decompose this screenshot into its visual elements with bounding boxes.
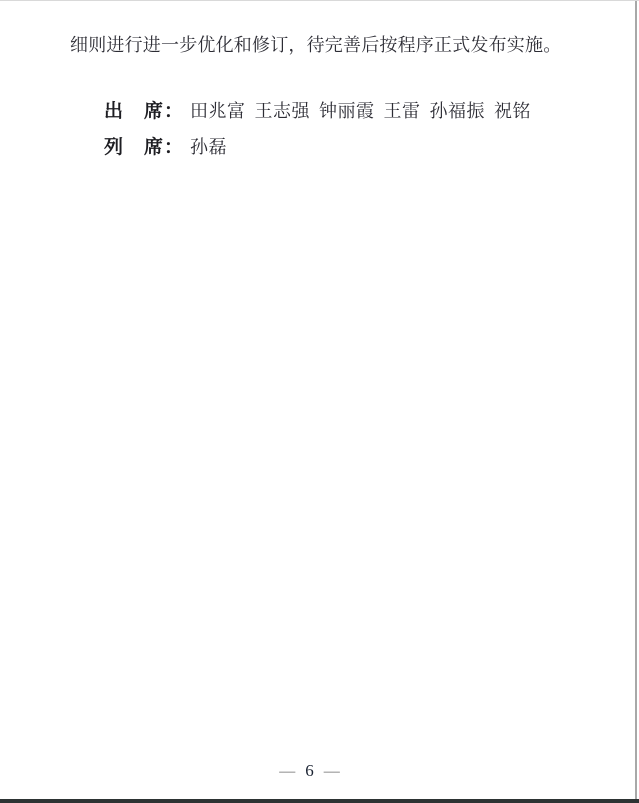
body-paragraph: 细则进行进一步优化和修订，待完善后按程序正式发布实施。 bbox=[70, 33, 579, 58]
page-number-value: 6 bbox=[305, 761, 314, 780]
bottom-bar bbox=[0, 799, 639, 803]
page-number-dash-left: — bbox=[279, 763, 295, 780]
top-border-line bbox=[0, 0, 639, 1]
attendance-names-present: 田兆富 王志强 钟丽霞 王雷 孙福振 祝铭 bbox=[190, 101, 531, 121]
document-page: 细则进行进一步优化和修订，待完善后按程序正式发布实施。 出 席：田兆富 王志强 … bbox=[0, 0, 639, 803]
attendance-row: 出 席：田兆富 王志强 钟丽霞 王雷 孙福振 祝铭 bbox=[104, 94, 599, 130]
page-number: —6— bbox=[0, 761, 619, 781]
page-number-dash-right: — bbox=[324, 763, 340, 780]
attendance-label-observer: 列 席： bbox=[104, 137, 184, 158]
attendance-row: 列 席：孙磊 bbox=[104, 130, 599, 166]
page-edge-line bbox=[635, 1, 637, 799]
attendance-list: 出 席：田兆富 王志强 钟丽霞 王雷 孙福振 祝铭 列 席：孙磊 bbox=[104, 94, 599, 166]
attendance-label-present: 出 席： bbox=[104, 101, 184, 122]
attendance-names-observer: 孙磊 bbox=[190, 137, 227, 157]
